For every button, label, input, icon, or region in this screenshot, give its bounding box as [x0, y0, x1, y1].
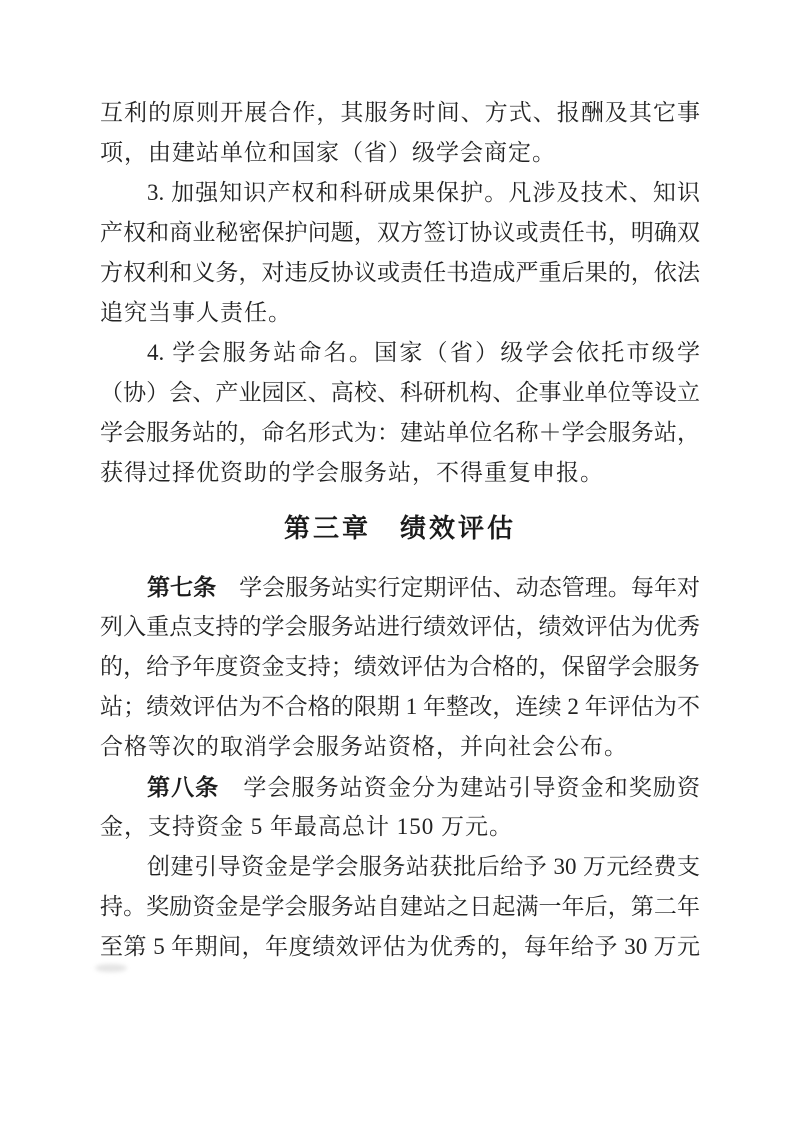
text-line: 获得过择优资助的学会服务站，不得重复申报。 — [100, 453, 700, 493]
text-line: 创建引导资金是学会服务站获批后给予 30 万元经费支 — [100, 847, 700, 887]
text-line: 互利的原则开展合作，其服务时间、方式、报酬及其它事 — [100, 93, 700, 133]
text-line: 第八条 学会服务站资金分为建站引导资金和奖励资 — [100, 767, 700, 807]
text-line: 持。奖励资金是学会服务站自建站之日起满一年后，第二年 — [100, 887, 700, 927]
page-text-block: 互利的原则开展合作，其服务时间、方式、报酬及其它事 项，由建站单位和国家（省）级… — [100, 93, 700, 967]
article-number: 第八条 — [147, 774, 219, 800]
document-page: 互利的原则开展合作，其服务时间、方式、报酬及其它事 项，由建站单位和国家（省）级… — [0, 0, 800, 1132]
scan-smudge — [95, 964, 127, 972]
text-line: 至第 5 年期间，年度绩效评估为优秀的，每年给予 30 万元 — [100, 927, 700, 967]
text-line: 3. 加强知识产权和科研成果保护。凡涉及技术、知识 — [100, 173, 700, 213]
text-line: 产权和商业秘密保护问题，双方签订协议或责任书，明确双 — [100, 213, 700, 253]
chapter-heading: 第三章 绩效评估 — [100, 508, 700, 548]
text-line: 的，给予年度资金支持；绩效评估为合格的，保留学会服务 — [100, 647, 700, 687]
text-line: 方权利和义务，对违反协议或责任书造成严重后果的，依法 — [100, 253, 700, 293]
text-line-body: 学会服务站实行定期评估、动态管理。每年对 — [216, 575, 700, 600]
text-line: 追究当事人责任。 — [100, 293, 700, 333]
text-line: 学会服务站的，命名形式为：建站单位名称＋学会服务站， — [100, 413, 700, 453]
text-line: 项，由建站单位和国家（省）级学会商定。 — [100, 133, 700, 173]
text-line: 4. 学会服务站命名。国家（省）级学会依托市级学 — [100, 333, 700, 373]
text-line: 金，支持资金 5 年最高总计 150 万元。 — [100, 807, 700, 847]
article-number: 第七条 — [147, 574, 216, 600]
text-line: （协）会、产业园区、高校、科研机构、企事业单位等设立 — [100, 373, 700, 413]
text-line-body: 学会服务站资金分为建站引导资金和奖励资 — [219, 775, 700, 800]
text-line: 列入重点支持的学会服务站进行绩效评估，绩效评估为优秀 — [100, 607, 700, 647]
text-line: 站；绩效评估为不合格的限期 1 年整改，连续 2 年评估为不 — [100, 687, 700, 727]
text-line: 第七条 学会服务站实行定期评估、动态管理。每年对 — [100, 567, 700, 607]
text-line: 合格等次的取消学会服务站资格，并向社会公布。 — [100, 727, 700, 767]
